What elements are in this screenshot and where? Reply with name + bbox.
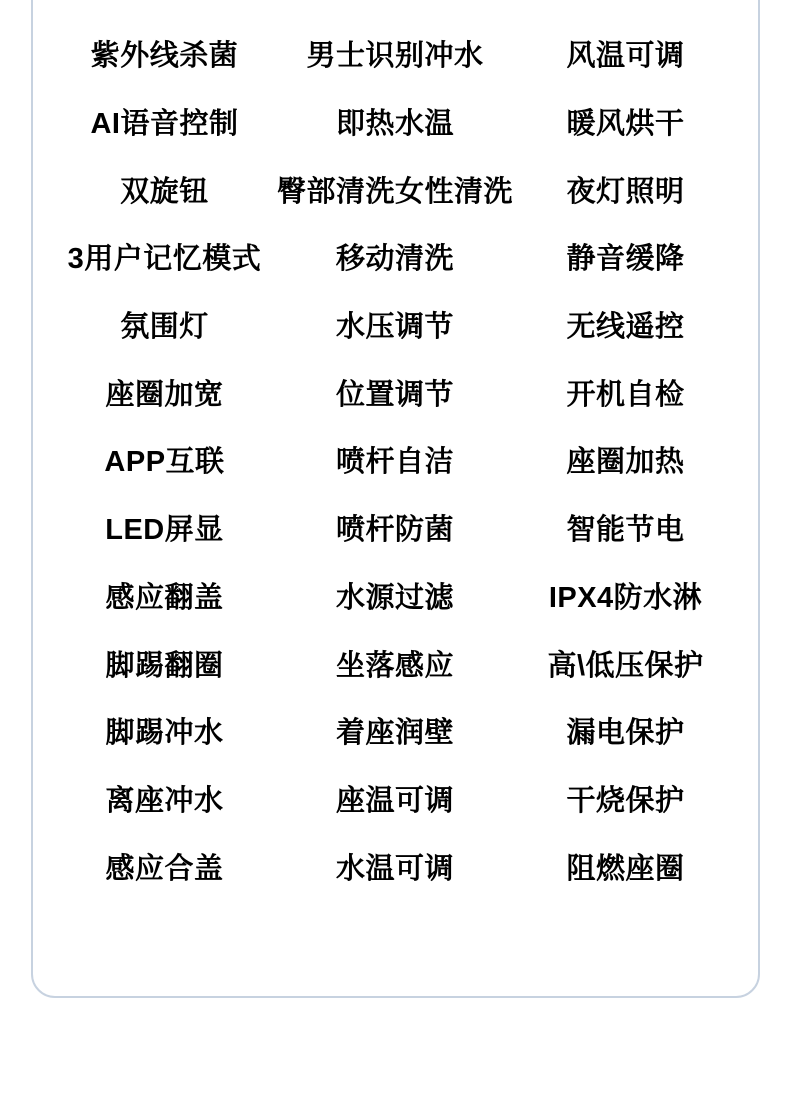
- feature-item: 喷杆自洁: [336, 448, 454, 477]
- feature-item: 着座润壁: [336, 719, 454, 748]
- feature-item: 水源过滤: [336, 584, 454, 613]
- feature-item: 离座冲水: [105, 787, 223, 816]
- feature-item: 紫外线杀菌: [91, 42, 239, 71]
- feature-item: APP互联: [104, 448, 224, 477]
- feature-item: 感应合盖: [105, 855, 223, 884]
- feature-item: 智能节电: [566, 516, 684, 545]
- feature-item: 脚踢冲水: [105, 719, 223, 748]
- feature-item: 无线遥控: [566, 313, 684, 342]
- feature-item: 感应翻盖: [105, 584, 223, 613]
- feature-item: 座温可调: [336, 787, 454, 816]
- feature-item: LED屏显: [105, 516, 224, 545]
- feature-item: 氛围灯: [120, 313, 209, 342]
- feature-item: 坐落感应: [336, 652, 454, 681]
- feature-item: 干烧保护: [566, 787, 684, 816]
- feature-item: 水温可调: [336, 855, 454, 884]
- feature-item: 双旋钮: [120, 178, 209, 207]
- feature-item: IPX4防水淋: [549, 584, 702, 613]
- feature-item: 移动清洗: [336, 245, 454, 274]
- feature-item: 座圈加热: [566, 448, 684, 477]
- feature-item: 静音缓降: [566, 245, 684, 274]
- feature-item: 阻燃座圈: [566, 855, 684, 884]
- feature-item: 水压调节: [336, 313, 454, 342]
- feature-item: 3用户记忆模式: [68, 245, 262, 274]
- feature-item: 漏电保护: [566, 719, 684, 748]
- feature-item: 脚踢翻圈: [105, 652, 223, 681]
- feature-item: 喷杆防菌: [336, 516, 454, 545]
- feature-item: 男士识别冲水: [306, 42, 483, 71]
- feature-item: 即热水温: [336, 110, 454, 139]
- feature-item: 夜灯照明: [566, 178, 684, 207]
- feature-item: 位置调节: [336, 381, 454, 410]
- feature-item: 开机自检: [566, 381, 684, 410]
- feature-item: 高\低压保护: [547, 652, 703, 681]
- feature-grid: 紫外线杀菌男士识别冲水风温可调AI语音控制即热水温暖风烘干双旋钮臀部清洗女性清洗…: [52, 23, 738, 903]
- feature-item: 座圈加宽: [105, 381, 223, 410]
- feature-item: AI语音控制: [90, 110, 238, 139]
- feature-item: 暖风烘干: [566, 110, 684, 139]
- feature-item: 臀部清洗女性清洗: [277, 178, 513, 207]
- feature-item: 风温可调: [566, 42, 684, 71]
